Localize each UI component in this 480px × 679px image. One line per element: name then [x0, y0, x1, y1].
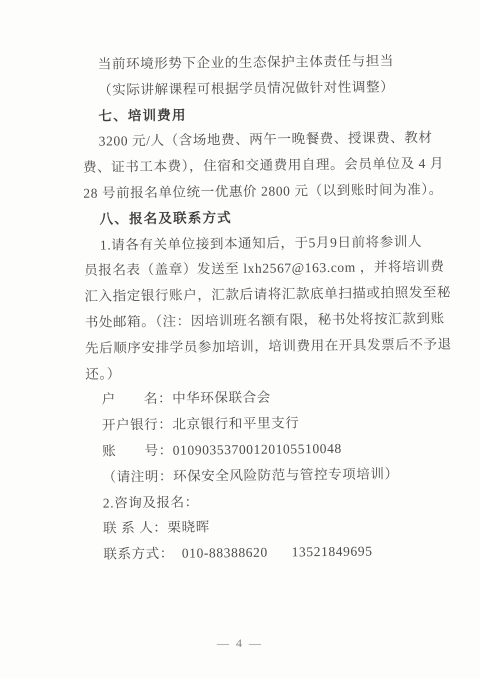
para-fee-line-2: 费、证书工本费），住宿和交通费用自理。会员单位及 4 月 — [83, 151, 422, 181]
document-body: 当前环境形势下企业的生态保护主体责任与担当 （实际讲解课程可根据学员情况做针对性… — [0, 0, 480, 569]
para-registration-line-4: 书处邮箱。（注：因培训班名额有限，秘书处将按汇款到账 — [85, 306, 424, 336]
line-account-number: 账 号：01090353700120105510048 — [86, 435, 425, 465]
heading-section-8-registration-contact: 八、报名及联系方式 — [83, 203, 422, 233]
line-course-note: （实际讲解课程可根据学员情况做针对性调整） — [82, 74, 421, 104]
line-contact-phone: 联系方式： 010-88388620 13521849695 — [87, 538, 426, 568]
para-registration-line-6: 还。） — [85, 357, 424, 387]
line-transfer-remark: （请注明：环保安全风险防范与管控专项培训） — [86, 461, 425, 491]
line-consult-registration: 2.咨询及报名： — [87, 486, 426, 516]
heading-section-7-training-fee: 七、培训费用 — [82, 100, 421, 130]
para-registration-line-3: 汇入指定银行账户，汇款后请将汇款底单扫描或拍照发至秘 — [84, 280, 423, 310]
scanned-notice-page: 当前环境形势下企业的生态保护主体责任与担当 （实际讲解课程可根据学员情况做针对性… — [0, 0, 480, 679]
line-contact-person: 联 系 人：栗晓晖 — [87, 512, 426, 542]
page-number: — 4 — — [0, 636, 480, 651]
line-course-topic: 当前环境形势下企业的生态保护主体责任与担当 — [82, 48, 421, 78]
para-registration-line-5: 先后顺序安排学员参加培训，培训费用在开具发票后不予退 — [85, 332, 424, 362]
para-registration-line-2: 员报名表（盖章）发送至 lxh2567@163.com ，并将培训费 — [84, 254, 423, 284]
line-account-holder-name: 户 名：中华环保联合会 — [86, 383, 425, 413]
para-registration-line-1: 1.请各有关单位接到本通知后，于5月9日前将参训人 — [84, 228, 423, 258]
line-bank-branch: 开户银行：北京银行和平里支行 — [86, 409, 425, 439]
para-fee-line-1: 3200 元/人（含场地费、两午一晚餐费、授课费、教材 — [83, 125, 422, 155]
para-fee-line-3: 28 号前报名单位统一优惠价 2800 元（以到账时间为准）。 — [83, 177, 422, 207]
